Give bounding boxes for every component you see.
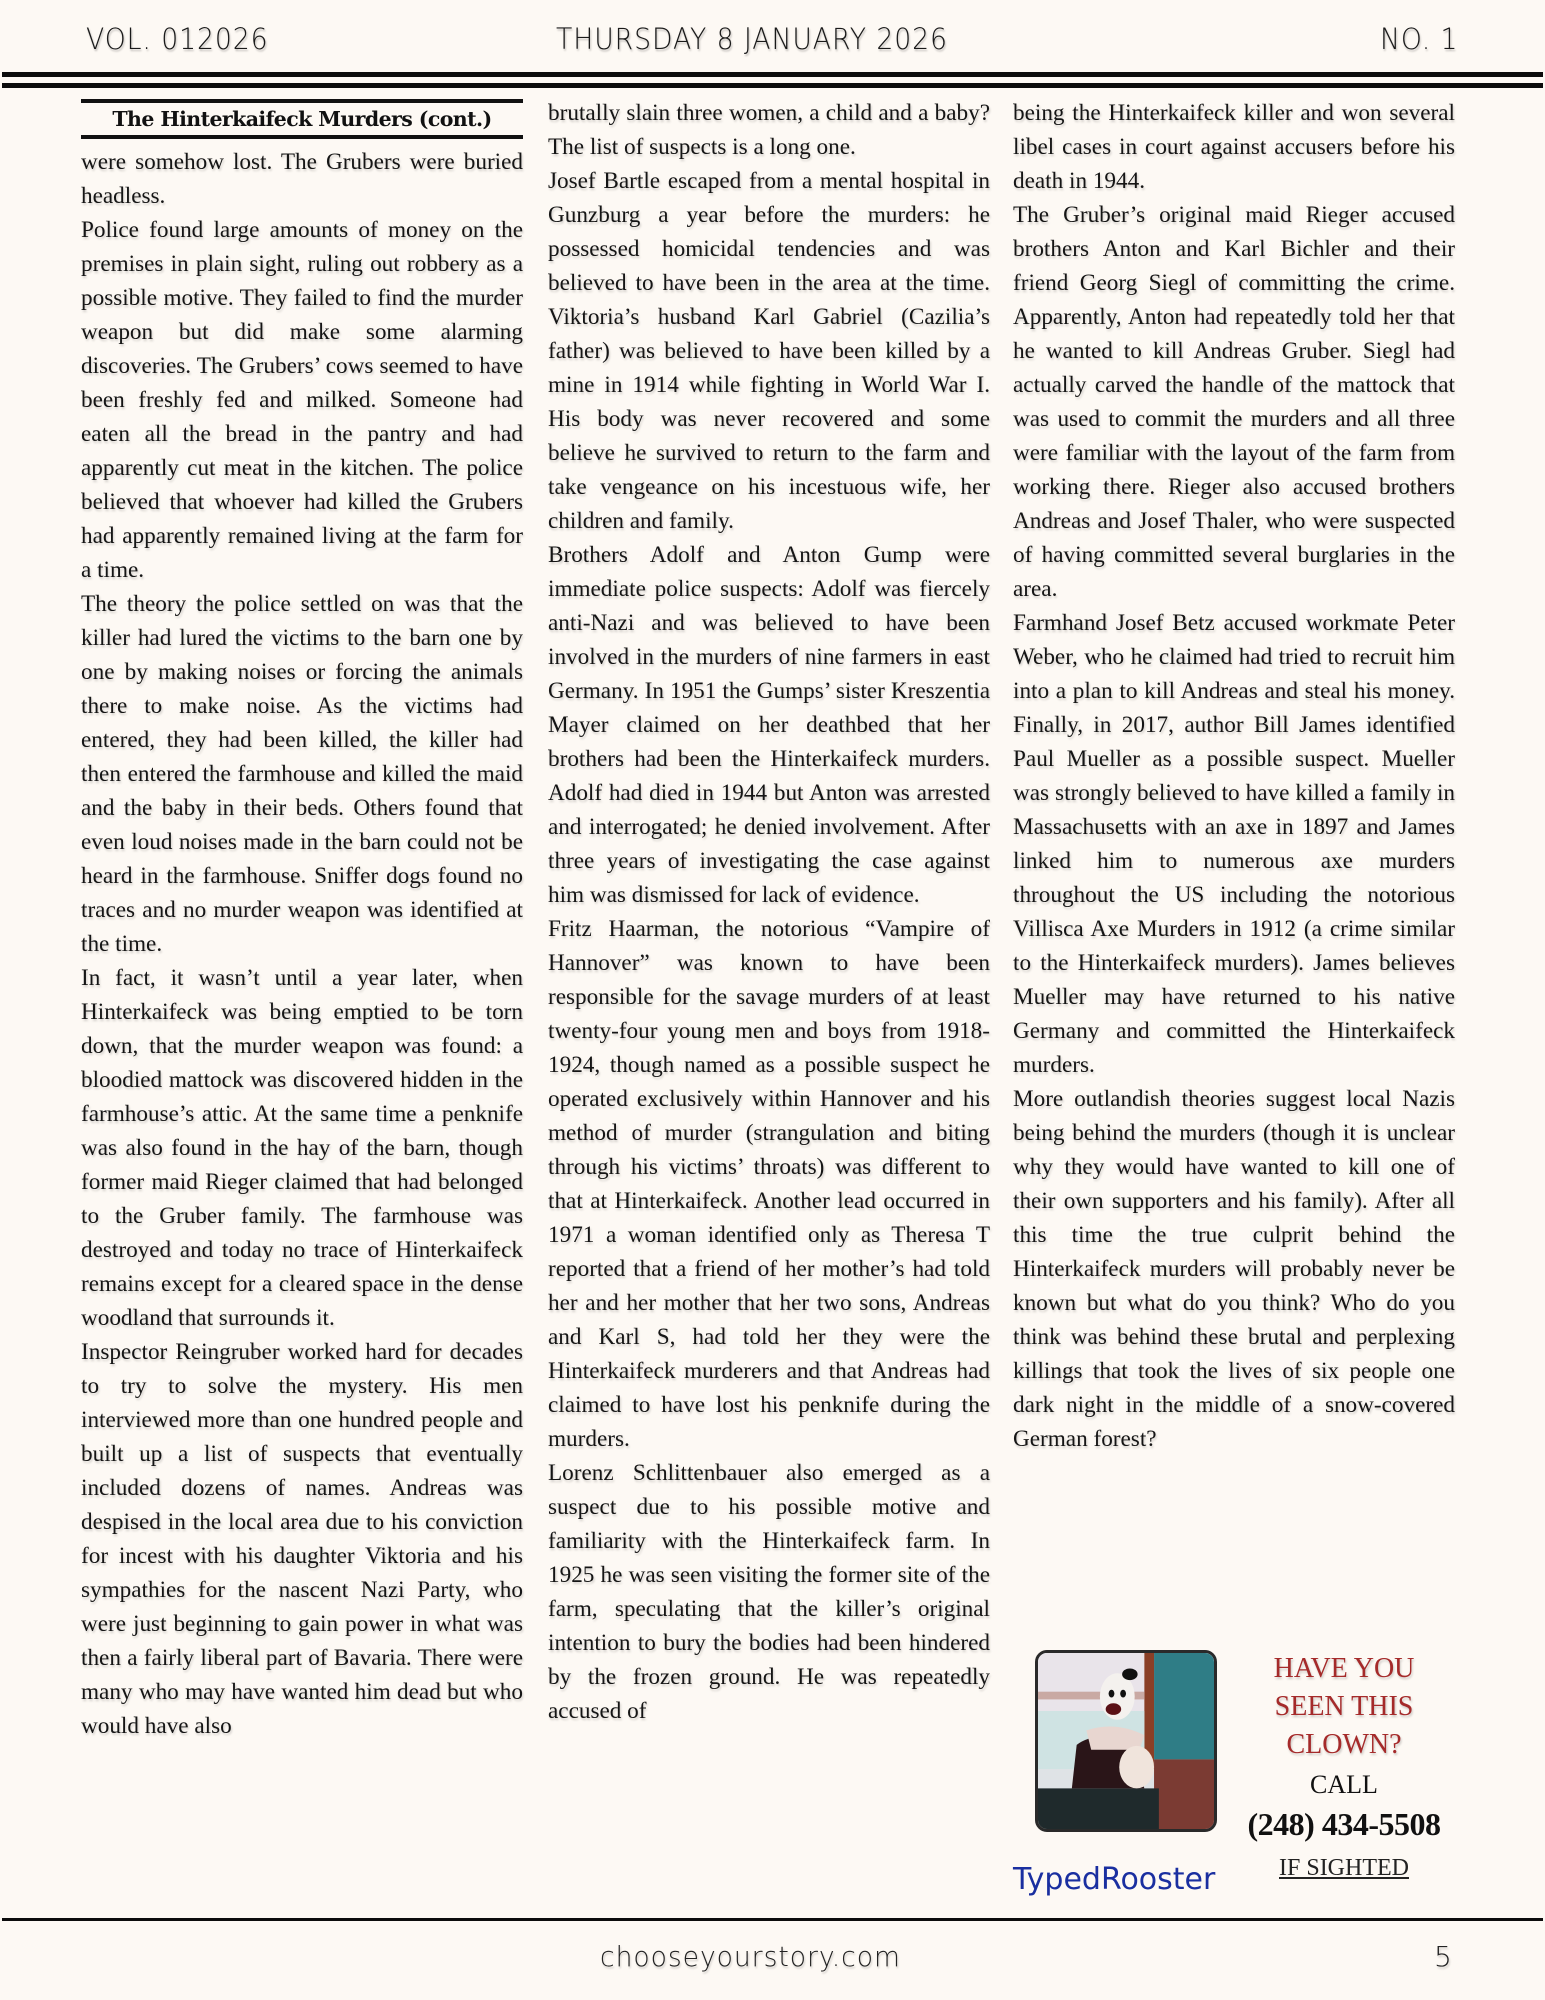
paragraph: Police found large amounts of money on t… [81, 213, 523, 587]
article-headline-box: The Hinterkaifeck Murders (cont.) [81, 99, 523, 139]
masthead: VOL. 012026 THURSDAY 8 JANUARY 2026 NO. … [0, 0, 1545, 75]
paragraph: More outlandish theories suggest local N… [1013, 1082, 1455, 1456]
advert-headline-line: HAVE YOU [1230, 1650, 1458, 1688]
article-column-1: were somehow lost. The Grubers were buri… [81, 145, 523, 1743]
paragraph: Inspector Reingruber worked hard for dec… [81, 1335, 523, 1743]
page-number: 5 [1434, 1940, 1452, 1973]
footer-rule [2, 1918, 1543, 1921]
footer-site-link[interactable]: chooseyourstory.com [600, 1940, 901, 1973]
article-column-3: being the Hinterkaifeck killer and won s… [1013, 96, 1455, 1456]
paragraph: The Gruber’s original maid Rieger accuse… [1013, 198, 1455, 606]
paragraph: Farmhand Josef Betz accused workmate Pet… [1013, 606, 1455, 1082]
masthead-rule-lower [2, 83, 1543, 88]
article-headline: The Hinterkaifeck Murders (cont.) [112, 107, 491, 131]
issue-number: NO. 1 [1380, 22, 1458, 56]
paragraph: brutally slain three women, a child and … [548, 96, 990, 164]
paragraph: Lorenz Schlittenbauer also emerged as a … [548, 1456, 990, 1728]
issue-date: THURSDAY 8 JANUARY 2026 [556, 22, 948, 56]
paragraph: The theory the police settled on was tha… [81, 587, 523, 961]
advert-headline-line: CLOWN? [1230, 1726, 1458, 1764]
masthead-rule-upper [2, 72, 1543, 77]
typedrooster-watermark: TypedRooster [1013, 1862, 1215, 1897]
missing-clown-advert: HAVE YOU SEEN THIS CLOWN? CALL (248) 434… [1230, 1650, 1458, 1888]
paragraph: Josef Bartle escaped from a mental hospi… [548, 164, 990, 538]
paragraph: were somehow lost. The Grubers were buri… [81, 145, 523, 213]
article-column-2: brutally slain three women, a child and … [548, 96, 990, 1728]
clown-image-icon [1038, 1653, 1214, 1829]
advert-if-sighted: IF SIGHTED [1230, 1848, 1458, 1888]
advert-call-label: CALL [1230, 1766, 1458, 1804]
paragraph: being the Hinterkaifeck killer and won s… [1013, 96, 1455, 198]
clown-photo [1035, 1650, 1217, 1832]
advert-phone-number: (248) 434-5508 [1230, 1804, 1458, 1844]
paragraph: Fritz Haarman, the notorious “Vampire of… [548, 912, 990, 1456]
volume-label: VOL. 012026 [86, 22, 269, 56]
paragraph: Brothers Adolf and Anton Gump were immed… [548, 538, 990, 912]
advert-headline-line: SEEN THIS [1230, 1688, 1458, 1726]
paragraph: In fact, it wasn’t until a year later, w… [81, 961, 523, 1335]
